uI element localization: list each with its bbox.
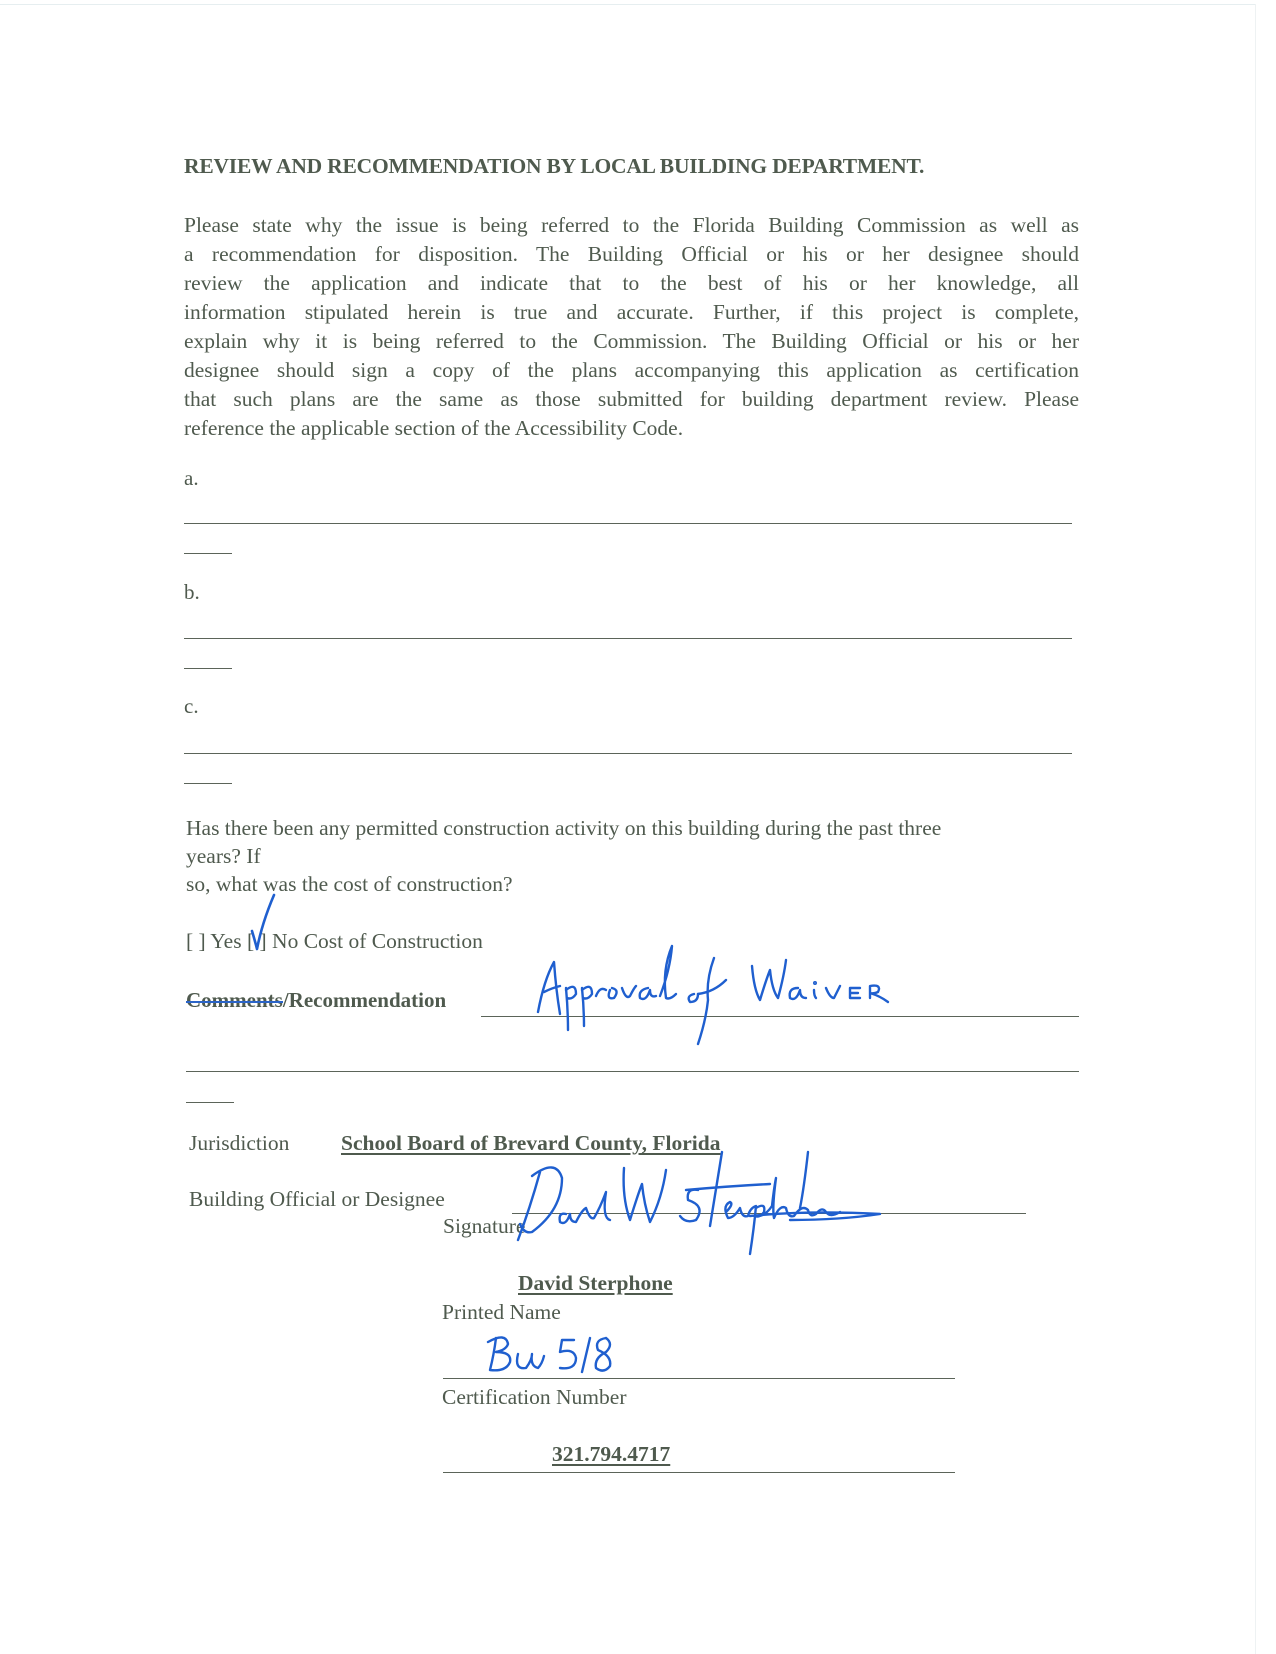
question-line: Has there been any permitted constructio… — [186, 814, 1086, 842]
item-a-field[interactable] — [184, 523, 1072, 524]
intro-line: review the application and indicate that… — [184, 269, 1079, 298]
cost-of-construction-label: Cost of Construction — [304, 929, 483, 953]
intro-line: explain why it is being referred to the … — [184, 327, 1079, 356]
certification-number-field[interactable] — [443, 1378, 955, 1379]
intro-line: that such plans are the same as those su… — [184, 385, 1079, 414]
item-c-field[interactable] — [184, 753, 1072, 754]
item-b-label: b. — [184, 580, 200, 605]
certification-number-caption: Certification Number — [442, 1385, 626, 1410]
comments-struck-label: Comments — [186, 988, 283, 1012]
building-official-label: Building Official or Designee — [189, 1187, 445, 1212]
recommendation-field-line-2[interactable] — [186, 1071, 1079, 1072]
printed-name-caption: Printed Name — [442, 1300, 561, 1325]
recommendation-field-continuation — [186, 1102, 234, 1103]
jurisdiction-value: School Board of Brevard County, Florida — [341, 1131, 720, 1156]
phone-number-field[interactable] — [443, 1472, 955, 1473]
item-c-label: c. — [184, 694, 199, 719]
yes-label: Yes — [210, 929, 241, 953]
no-checkbox[interactable]: [ ] — [247, 929, 267, 954]
scan-top-edge — [0, 4, 1256, 5]
construction-options: [ ] Yes [ ] No Cost of Construction — [186, 929, 483, 954]
construction-question: Has there been any permitted constructio… — [186, 814, 1086, 898]
item-b-field[interactable] — [184, 638, 1072, 639]
intro-paragraph: Please state why the issue is being refe… — [184, 211, 1079, 443]
jurisdiction-label: Jurisdiction — [189, 1131, 289, 1156]
intro-line: Please state why the issue is being refe… — [184, 211, 1079, 240]
checkmark-icon — [250, 893, 276, 953]
scan-right-edge — [1255, 4, 1256, 1654]
item-a-label: a. — [184, 466, 199, 491]
item-c-field-continuation — [184, 783, 232, 784]
no-label: No — [272, 929, 298, 953]
certification-number-handwriting: BU 518 — [484, 1330, 624, 1378]
phone-number-value: 321.794.4717 — [552, 1442, 670, 1467]
page-title: REVIEW AND RECOMMENDATION BY LOCAL BUILD… — [184, 154, 924, 179]
intro-line: information stipulated herein is true an… — [184, 298, 1079, 327]
signature-caption: Signature — [443, 1214, 525, 1239]
recommendation-label: /Recommendation — [283, 988, 446, 1012]
intro-line: a recommendation for disposition. The Bu… — [184, 240, 1079, 269]
signature-field[interactable] — [512, 1213, 1026, 1214]
question-line: so, what was the cost of construction? — [186, 870, 1086, 898]
printed-name-value: David Sterphone — [518, 1271, 673, 1296]
signature-handwriting — [510, 1148, 910, 1258]
intro-line: designee should sign a copy of the plans… — [184, 356, 1079, 385]
question-line: years? If — [186, 842, 1086, 870]
recommendation-field[interactable] — [481, 1016, 1079, 1017]
item-b-field-continuation — [184, 668, 232, 669]
intro-line: reference the applicable section of the … — [184, 414, 1079, 443]
item-a-field-continuation — [184, 553, 232, 554]
yes-checkbox[interactable]: [ ] — [186, 929, 206, 953]
recommendation-handwriting — [530, 940, 910, 1050]
comments-recommendation-label: Comments/Recommendation — [186, 988, 446, 1013]
